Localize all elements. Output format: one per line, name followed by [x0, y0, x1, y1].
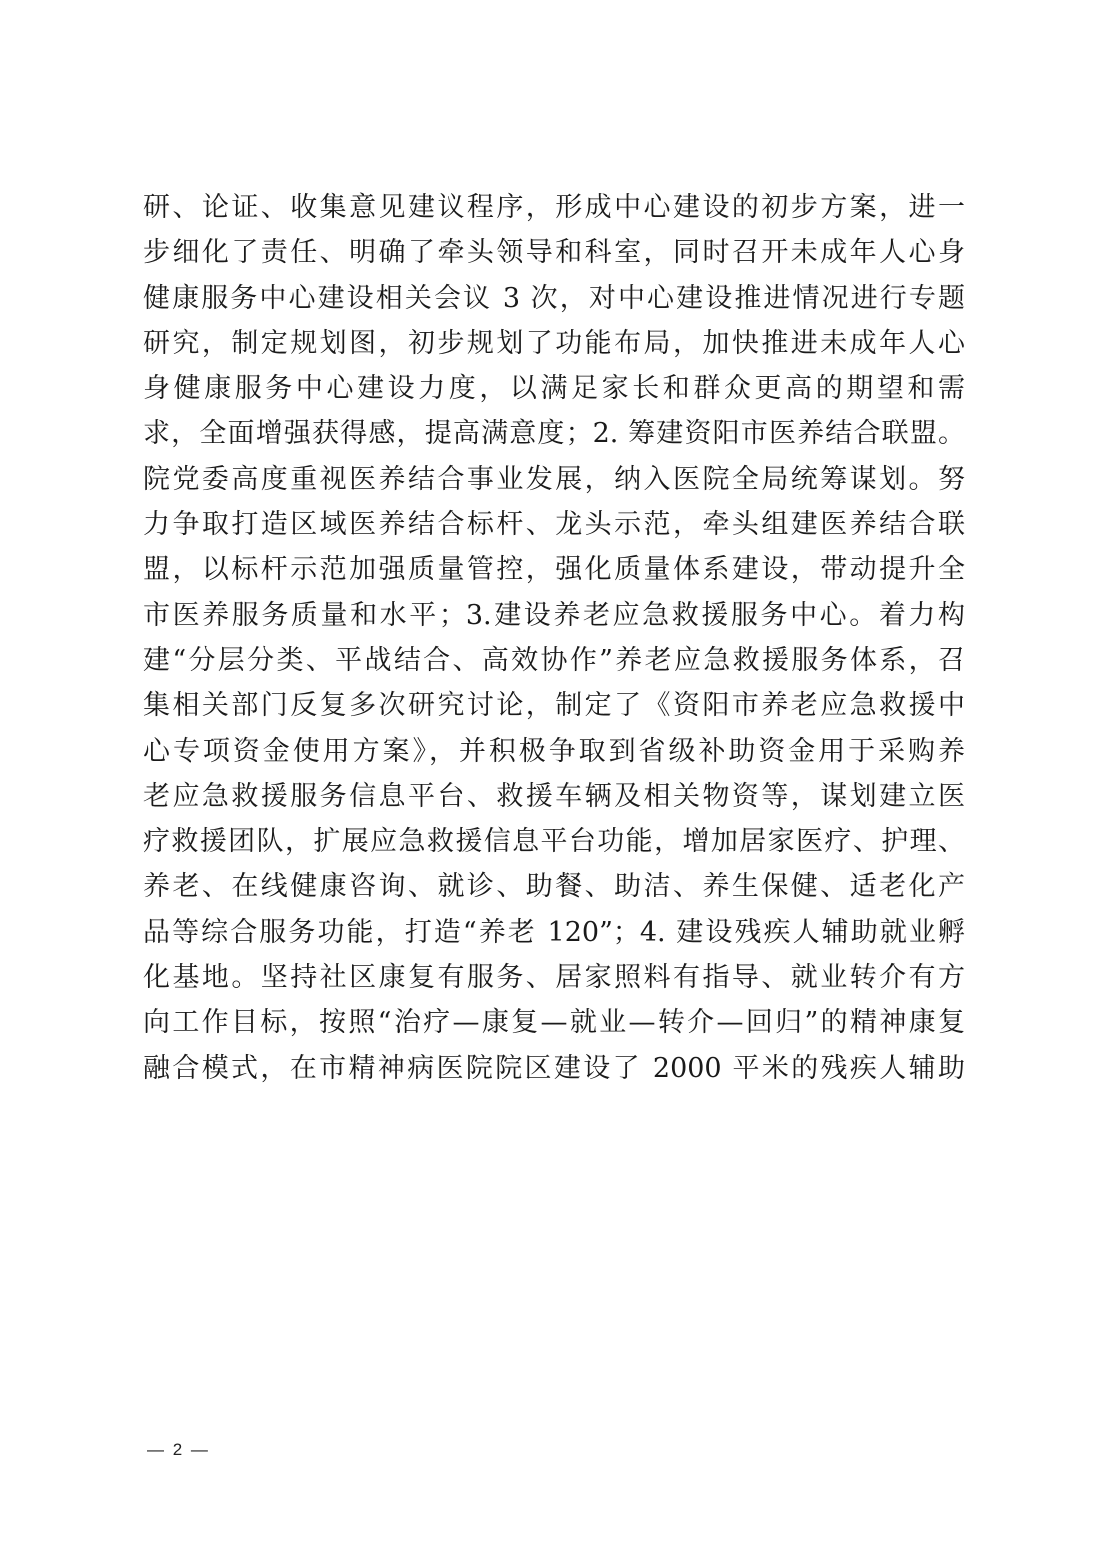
text-line: 建“分层分类、平战结合、高效协作”养老应急救援服务体系，召	[143, 638, 965, 683]
body-paragraph: 研、论证、收集意见建议程序，形成中心建设的初步方案，进一 步细化了责任、明确了牵…	[143, 185, 965, 1091]
text-line: 集相关部门反复多次研究讨论，制定了《资阳市养老应急救援中	[143, 683, 965, 728]
text-line: 健康服务中心建设相关会议 3 次，对中心建设推进情况进行专题	[143, 276, 965, 321]
text-line: 心专项资金使用方案》，并积极争取到省级补助资金用于采购养	[143, 729, 965, 774]
text-line: 研、论证、收集意见建议程序，形成中心建设的初步方案，进一	[143, 185, 965, 230]
text-line: 步细化了责任、明确了牵头领导和科室，同时召开未成年人心身	[143, 230, 965, 275]
text-line: 市医养服务质量和水平；3.建设养老应急救援服务中心。着力构	[143, 593, 965, 638]
text-line: 盟，以标杆示范加强质量管控，强化质量体系建设，带动提升全	[143, 547, 965, 592]
text-line: 融合模式，在市精神病医院院区建设了 2000 平米的残疾人辅助	[143, 1046, 965, 1091]
text-line: 求，全面增强获得感，提高满意度；2. 筹建资阳市医养结合联盟。	[143, 411, 965, 456]
text-line: 老应急救援服务信息平台、救援车辆及相关物资等，谋划建立医	[143, 774, 965, 819]
text-line: 身健康服务中心建设力度，以满足家长和群众更高的期望和需	[143, 366, 965, 411]
text-line: 养老、在线健康咨询、就诊、助餐、助洁、养生保健、适老化产	[143, 864, 965, 909]
document-page: 研、论证、收集意见建议程序，形成中心建设的初步方案，进一 步细化了责任、明确了牵…	[0, 0, 1100, 1555]
text-line: 品等综合服务功能，打造“养老 120”；4. 建设残疾人辅助就业孵	[143, 910, 965, 955]
text-line: 化基地。坚持社区康复有服务、居家照料有指导、就业转介有方	[143, 955, 965, 1000]
text-line: 疗救援团队，扩展应急救援信息平台功能，增加居家医疗、护理、	[143, 819, 965, 864]
text-line: 向工作目标，按照“治疗—康复—就业—转介—回归”的精神康复	[143, 1000, 965, 1045]
text-line: 力争取打造区域医养结合标杆、龙头示范，牵头组建医养结合联	[143, 502, 965, 547]
text-line: 院党委高度重视医养结合事业发展，纳入医院全局统筹谋划。努	[143, 457, 965, 502]
text-line: 研究，制定规划图，初步规划了功能布局，加快推进未成年人心	[143, 321, 965, 366]
page-number: — 2 —	[147, 1440, 210, 1460]
